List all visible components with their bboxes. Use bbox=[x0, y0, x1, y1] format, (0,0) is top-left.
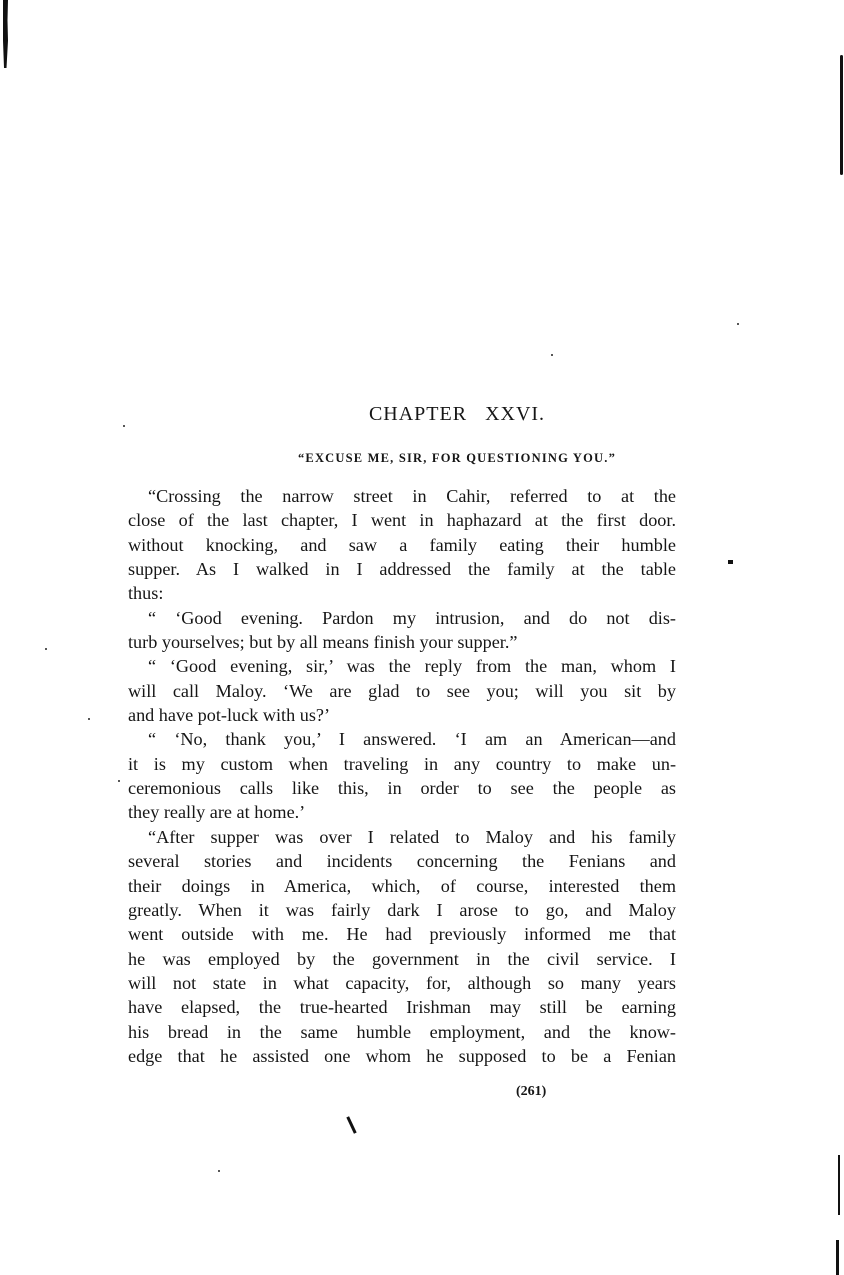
chapter-number: XXVI. bbox=[485, 403, 545, 425]
scan-speck bbox=[728, 560, 733, 564]
text-line: “Crossing the narrow street in Cahir, re… bbox=[128, 484, 676, 508]
chapter-heading: CHAPTERXXVI. bbox=[0, 403, 844, 426]
text-line: will call Maloy. ‘We are glad to see you… bbox=[128, 679, 676, 703]
chapter-subtitle: “EXCUSE ME, SIR, FOR QUESTIONING YOU.” bbox=[0, 451, 844, 466]
text-line: turb yourselves; but by all means finish… bbox=[128, 630, 676, 654]
scan-edge-mark bbox=[836, 1240, 839, 1275]
text-line: ceremonious calls like this, in order to… bbox=[128, 776, 676, 800]
scan-speck bbox=[218, 1170, 220, 1172]
text-line: greatly. When it was fairly dark I arose… bbox=[128, 898, 676, 922]
scan-speck bbox=[551, 354, 553, 356]
scan-speck bbox=[737, 323, 739, 325]
text-line: have elapsed, the true-hearted Irishman … bbox=[128, 995, 676, 1019]
text-line: “ ‘No, thank you,’ I answered. ‘I am an … bbox=[128, 727, 676, 751]
scan-speck bbox=[118, 780, 120, 782]
scan-stray-mark bbox=[346, 1116, 356, 1134]
page-number: (261) bbox=[516, 1084, 546, 1100]
text-line: “ ‘Good evening. Pardon my intrusion, an… bbox=[128, 606, 676, 630]
text-line: and have pot-luck with us?’ bbox=[128, 703, 676, 727]
scan-edge-mark bbox=[838, 1155, 840, 1215]
text-line: thus: bbox=[128, 581, 676, 605]
scan-speck bbox=[45, 648, 47, 650]
text-line: “After supper was over I related to Malo… bbox=[128, 825, 676, 849]
text-line: will not state in what capacity, for, al… bbox=[128, 971, 676, 995]
text-line: several stories and incidents concerning… bbox=[128, 849, 676, 873]
scan-edge-mark bbox=[840, 55, 843, 175]
text-line: went outside with me. He had previously … bbox=[128, 922, 676, 946]
text-line: “ ‘Good evening, sir,’ was the reply fro… bbox=[128, 654, 676, 678]
text-line: supper. As I walked in I addressed the f… bbox=[128, 557, 676, 581]
text-line: it is my custom when traveling in any co… bbox=[128, 752, 676, 776]
text-line: edge that he assisted one whom he suppos… bbox=[128, 1044, 676, 1068]
body-text: “Crossing the narrow street in Cahir, re… bbox=[128, 484, 676, 1068]
text-line: they really are at home.’ bbox=[128, 800, 676, 824]
text-line: his bread in the same humble employment,… bbox=[128, 1020, 676, 1044]
text-line: he was employed by the government in the… bbox=[128, 947, 676, 971]
text-line: their doings in America, which, of cours… bbox=[128, 874, 676, 898]
text-line: close of the last chapter, I went in hap… bbox=[128, 508, 676, 532]
scan-edge-mark bbox=[3, 0, 8, 68]
book-page: CHAPTERXXVI. “EXCUSE ME, SIR, FOR QUESTI… bbox=[0, 0, 844, 1275]
text-line: without knocking, and saw a family eatin… bbox=[128, 533, 676, 557]
chapter-label: CHAPTER bbox=[369, 403, 467, 425]
scan-speck bbox=[88, 718, 90, 720]
